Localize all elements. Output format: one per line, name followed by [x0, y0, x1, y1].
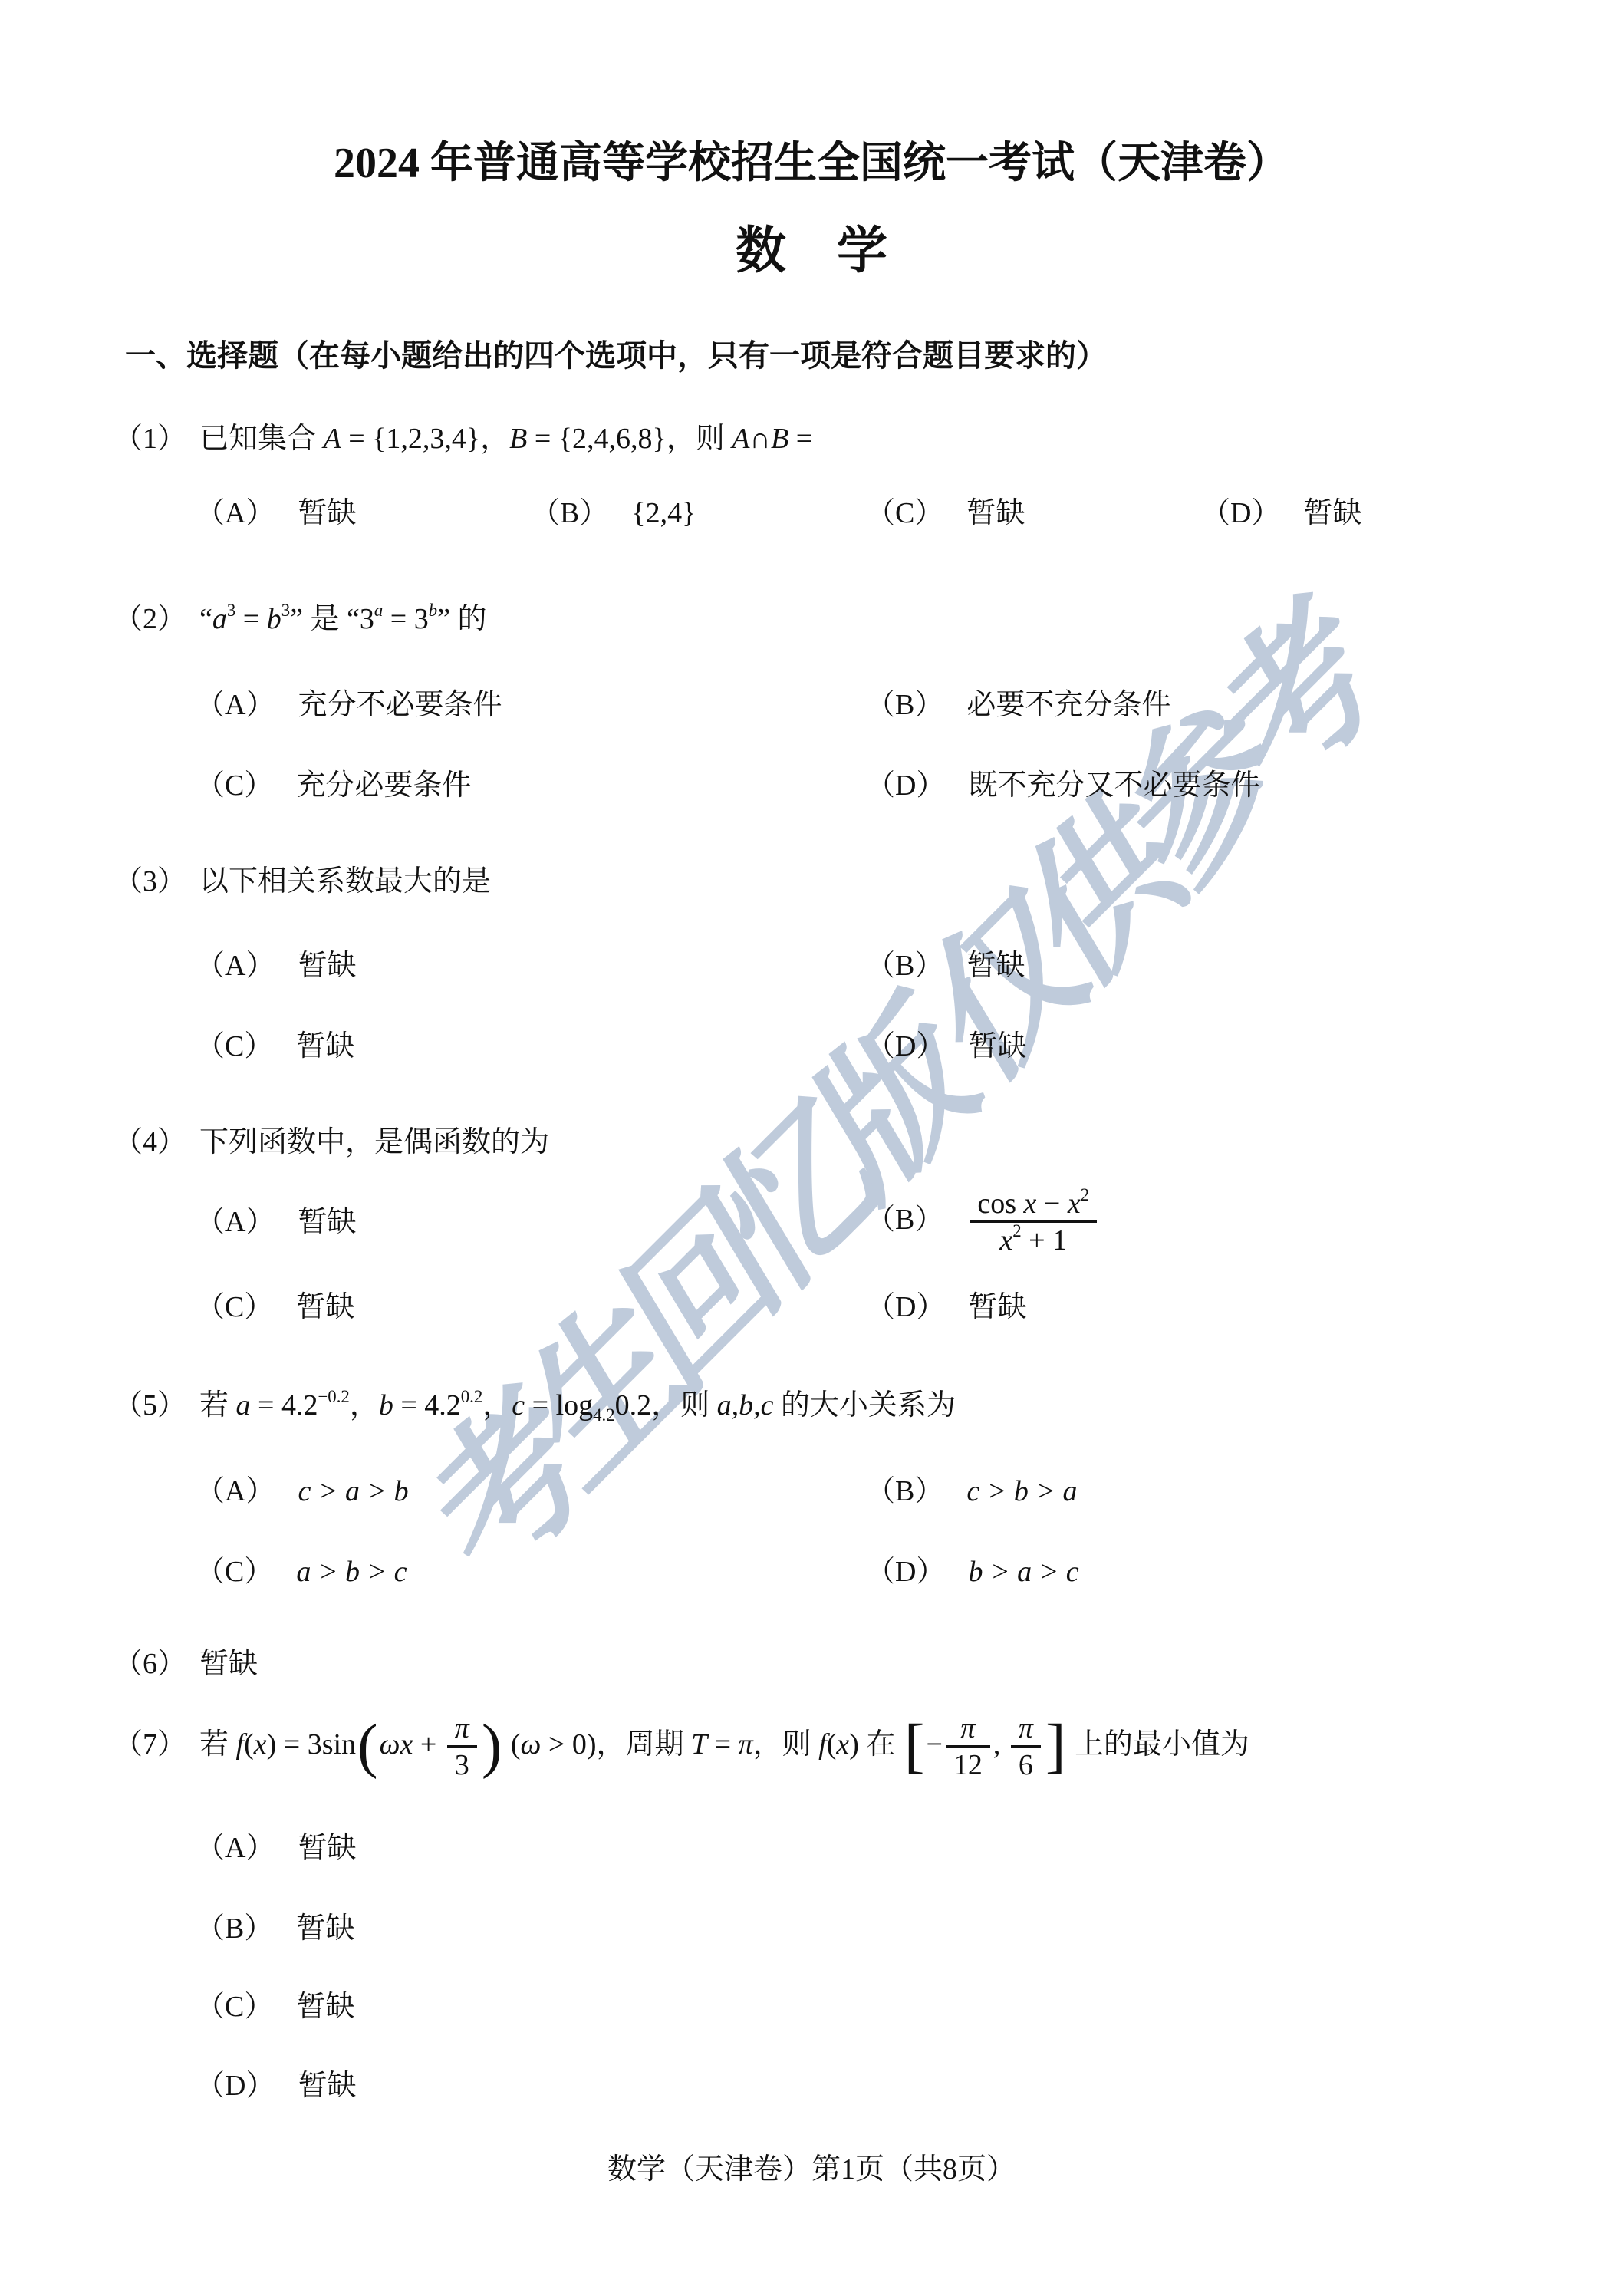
question-4-options-row-1: （A）暂缺 （B）cos x − x2x2 + 1 — [196, 1188, 1600, 1257]
question-7-option-d-row: （D）暂缺 — [196, 2067, 1600, 2104]
q7-option-d: （D）暂缺 — [196, 2067, 356, 2104]
right-paren: ) — [480, 1712, 504, 1780]
option-text: {2,4} — [631, 497, 696, 529]
option-text: 暂缺 — [966, 950, 1025, 982]
q5-option-c: （C）a > b > c — [196, 1553, 866, 1590]
option-text: 充分不必要条件 — [298, 689, 502, 721]
q7-option-c: （C）暂缺 — [196, 1988, 354, 2025]
question-4-number: （4） — [114, 1124, 199, 1161]
page-content: 2024 年普通高等学校招生全国统一考试（天津卷） 数 学 一、选择题（在每小题… — [0, 0, 1623, 2296]
question-5-options-row-2: （C）a > b > c （D）b > a > c — [196, 1553, 1600, 1590]
question-3-number: （3） — [114, 863, 199, 900]
option-label-c: （C） — [866, 497, 943, 529]
question-2-stem: （2）“a3 = b3” 是 “3a = 3b” 的 — [114, 601, 1600, 641]
question-3-stem: （3）以下相关系数最大的是 — [114, 863, 1600, 900]
question-7-text: 若 f(x) = 3sin(ωx + π3) (ω > 0)，周期 T = π，… — [199, 1728, 1249, 1761]
q2-option-d: （D）既不充分又不必要条件 — [866, 767, 1259, 804]
option-text: c > a > b — [298, 1475, 408, 1507]
question-3-options-row-2: （C）暂缺 （D）暂缺 — [196, 1028, 1600, 1065]
option-text: 暂缺 — [298, 950, 356, 982]
option-label-a: （A） — [196, 497, 275, 529]
left-paren: ( — [356, 1712, 380, 1780]
q5-option-a: （A）c > a > b — [196, 1473, 866, 1510]
q3-option-d: （D）暂缺 — [866, 1028, 1026, 1065]
option-text: 暂缺 — [296, 1912, 354, 1945]
question-5-options-row-1: （A）c > a > b （B）c > b > a — [196, 1473, 1600, 1510]
option-text: b > a > c — [968, 1556, 1078, 1588]
page-footer: 数学（天津卷）第1页（共8页） — [0, 2151, 1623, 2188]
fraction-pi-over-6: π6 — [1011, 1712, 1041, 1781]
q2-option-c: （C）充分必要条件 — [196, 767, 866, 804]
option-label-d: （D） — [1201, 497, 1280, 529]
option-text: 暂缺 — [968, 1291, 1026, 1323]
question-2-options-row-2: （C）充分必要条件 （D）既不充分又不必要条件 — [196, 767, 1600, 804]
question-7-option-b-row: （B）暂缺 — [196, 1910, 1600, 1947]
question-7-stem: （7）若 f(x) = 3sin(ωx + π3) (ω > 0)，周期 T =… — [114, 1712, 1600, 1781]
option-label-b: （B） — [531, 497, 608, 529]
option-text: 暂缺 — [296, 1030, 354, 1062]
question-4-stem: （4）下列函数中，是偶函数的为 — [114, 1124, 1600, 1161]
q4-option-b-fraction: cos x − x2x2 + 1 — [970, 1188, 1097, 1257]
option-text: 既不充分又不必要条件 — [968, 769, 1259, 802]
question-2-options-row-1: （A）充分不必要条件 （B）必要不充分条件 — [196, 687, 1600, 723]
left-bracket: [ — [903, 1712, 927, 1780]
question-1-text: 已知集合 A = {1,2,3,4}，B = {2,4,6,8}，则 A∩B = — [199, 423, 812, 455]
question-5-number: （5） — [114, 1387, 199, 1424]
question-3-text: 以下相关系数最大的是 — [199, 865, 491, 898]
exam-page: 考生回忆版 仅供参考 2024 年普通高等学校招生全国统一考试（天津卷） 数 学… — [0, 0, 1623, 2296]
q7-option-a: （A）暂缺 — [196, 1830, 356, 1866]
fraction-pi-over-3: π3 — [447, 1712, 477, 1781]
question-2-text: “a3 = b3” 是 “3a = 3b” 的 — [199, 603, 486, 635]
question-7-option-c-row: （C）暂缺 — [196, 1988, 1600, 2025]
option-text: 充分必要条件 — [296, 769, 471, 802]
q3-option-b: （B）暂缺 — [866, 947, 1025, 984]
option-text: 必要不充分条件 — [966, 689, 1170, 721]
question-7-option-a-row: （A）暂缺 — [196, 1830, 1600, 1866]
q5-option-d: （D）b > a > c — [866, 1553, 1079, 1590]
question-6-text: 暂缺 — [199, 1648, 258, 1680]
q4-option-c: （C）暂缺 — [196, 1289, 866, 1326]
option-text: 暂缺 — [298, 1832, 356, 1864]
option-text: 暂缺 — [296, 1991, 354, 2023]
option-text: 暂缺 — [298, 2070, 356, 2102]
q1-option-b: （B）{2,4} — [531, 495, 866, 532]
question-4-text: 下列函数中，是偶函数的为 — [199, 1126, 549, 1158]
question-5-text: 若 a = 4.2−0.2，b = 4.20.2，c = log4.20.2，则… — [199, 1389, 956, 1421]
option-text: 暂缺 — [968, 1030, 1026, 1062]
q4-option-a: （A）暂缺 — [196, 1204, 866, 1240]
q4-option-b: （B）cos x − x2x2 + 1 — [866, 1188, 1100, 1257]
option-text: 暂缺 — [966, 497, 1025, 529]
question-4-options-row-2: （C）暂缺 （D）暂缺 — [196, 1289, 1600, 1326]
question-3-options-row-1: （A）暂缺 （B）暂缺 — [196, 947, 1600, 984]
right-bracket: ] — [1044, 1712, 1068, 1780]
question-2-number: （2） — [114, 601, 199, 637]
q7-option-b: （B）暂缺 — [196, 1910, 354, 1947]
q2-option-b: （B）必要不充分条件 — [866, 687, 1170, 723]
q2-option-a: （A）充分不必要条件 — [196, 687, 866, 723]
question-1-stem: （1）已知集合 A = {1,2,3,4}，B = {2,4,6,8}，则 A∩… — [114, 420, 1600, 457]
option-text: a > b > c — [296, 1556, 407, 1588]
subject-title: 数 学 — [0, 221, 1623, 282]
page-title: 2024 年普通高等学校招生全国统一考试（天津卷） — [0, 138, 1623, 189]
option-text: 暂缺 — [296, 1291, 354, 1323]
q1-option-a: （A）暂缺 — [196, 495, 531, 532]
question-6-stem: （6）暂缺 — [114, 1645, 1600, 1682]
q5-option-b: （B）c > b > a — [866, 1473, 1078, 1510]
question-1-options: （A）暂缺 （B）{2,4} （C）暂缺 （D）暂缺 — [196, 495, 1600, 532]
question-6-number: （6） — [114, 1645, 199, 1682]
option-text: 暂缺 — [298, 497, 356, 529]
fraction-pi-over-12: π12 — [946, 1712, 990, 1781]
q3-option-c: （C）暂缺 — [196, 1028, 866, 1065]
q4-option-d: （D）暂缺 — [866, 1289, 1026, 1326]
option-text: 暂缺 — [298, 1206, 356, 1238]
option-text: 暂缺 — [1303, 497, 1361, 529]
q1-option-d: （D）暂缺 — [1201, 495, 1361, 532]
question-1-number: （1） — [114, 420, 199, 457]
section-heading: 一、选择题（在每小题给出的四个选项中，只有一项是符合题目要求的） — [125, 336, 1592, 376]
question-5-stem: （5）若 a = 4.2−0.2，b = 4.20.2，c = log4.20.… — [114, 1387, 1600, 1428]
option-text: c > b > a — [966, 1475, 1077, 1507]
q1-option-c: （C）暂缺 — [866, 495, 1201, 532]
question-7-number: （7） — [114, 1726, 199, 1763]
q3-option-a: （A）暂缺 — [196, 947, 866, 984]
